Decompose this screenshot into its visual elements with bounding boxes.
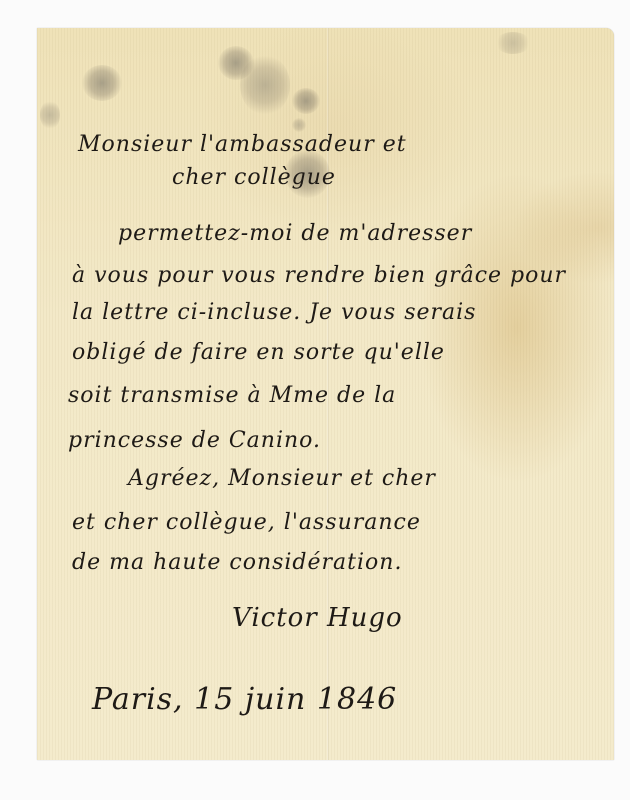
letter-line: permettez-moi de m'adresser bbox=[118, 221, 472, 246]
letter-line: obligé de faire en sorte qu'elle bbox=[72, 340, 445, 365]
letter-line: à vous pour vous rendre bien grâce pour bbox=[72, 263, 566, 288]
ink-stain bbox=[40, 100, 60, 130]
letter-line-closing: Agréez, Monsieur et cher bbox=[128, 466, 436, 491]
ink-stain bbox=[82, 65, 122, 101]
letter-line: la lettre ci-incluse. Je vous serais bbox=[72, 300, 476, 325]
ink-stain bbox=[495, 32, 531, 54]
signature: Victor Hugo bbox=[232, 603, 403, 633]
letter-line: soit transmise à Mme de la bbox=[68, 383, 396, 408]
letter-line: princesse de Canino. bbox=[68, 428, 321, 453]
ink-stain bbox=[292, 88, 320, 114]
letter-line-salutation-2: cher collègue bbox=[172, 165, 336, 190]
dateline: Paris, 15 juin 1846 bbox=[92, 682, 397, 717]
letter-line-closing: de ma haute considération. bbox=[72, 550, 402, 575]
letter-line-closing: et cher collègue, l'assurance bbox=[72, 510, 421, 535]
ink-stain bbox=[240, 55, 290, 115]
letter-line-salutation: Monsieur l'ambassadeur et bbox=[78, 132, 407, 157]
ink-stain bbox=[292, 118, 306, 132]
